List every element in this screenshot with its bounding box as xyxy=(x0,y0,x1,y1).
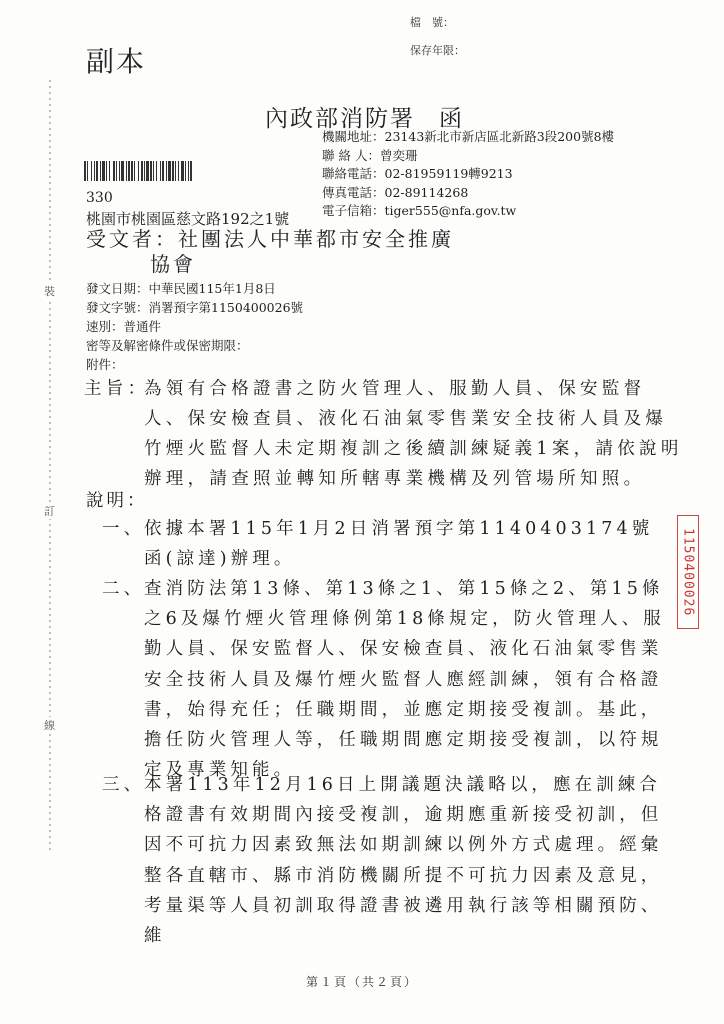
explanation-label: 說明： xyxy=(86,487,148,512)
explanation-item-2: 二、 查消防法第13條、第13條之1、第15條之2、第15條之6及爆竹煙火管理條… xyxy=(102,574,672,785)
item-text: 查消防法第13條、第13條之1、第15條之2、第15條之6及爆竹煙火管理條例第1… xyxy=(102,574,672,785)
number-value: 消署預字第1150400026號 xyxy=(149,300,304,315)
date-value: 中華民國115年1月8日 xyxy=(149,281,276,296)
contact-row: 聯 絡 人：曾奕珊 xyxy=(322,147,614,166)
page-footer: 第１頁（共２頁） xyxy=(306,973,418,990)
document-meta: 發文日期：中華民國115年1月8日 發文字號：消署預字第1150400026號 … xyxy=(86,279,303,374)
item-number: 二、 xyxy=(102,574,145,604)
fax-value: 02-89114268 xyxy=(385,185,469,200)
file-number-label: 檔 號： xyxy=(410,14,454,30)
contact-label: 聯 絡 人： xyxy=(322,148,380,163)
agency-info: 機關地址：23143新北市新店區北新路3段200號8樓 聯 絡 人：曾奕珊 聯絡… xyxy=(322,128,614,221)
recipient-zip: 330 xyxy=(86,190,113,206)
subject-text: 為領有合格證書之防火管理人、服勤人員、保安監督人、保安檢查員、液化石油氣零售業安… xyxy=(84,374,684,494)
speed-label: 速別： xyxy=(86,319,124,334)
contact-value: 曾奕珊 xyxy=(380,148,418,163)
item-text: 本署113年12月16日上開議題決議略以，應在訓練合格證書有效期間內接受複訓，逾… xyxy=(102,770,672,951)
item-number: 一、 xyxy=(102,514,145,544)
recipient-address: 桃園市桃園區慈文路192之1號 xyxy=(86,208,289,229)
binding-mark-zhuang: 裝 xyxy=(44,283,55,299)
barcode xyxy=(84,161,314,181)
fax-row: 傳真電話：02-89114268 xyxy=(322,184,614,203)
phone-row: 聯絡電話：02-81959119轉9213 xyxy=(322,165,614,184)
number-label: 發文字號： xyxy=(86,300,149,315)
address-label: 機關地址： xyxy=(322,129,385,144)
retention-label: 保存年限： xyxy=(410,42,465,58)
subject: 主旨： 為領有合格證書之防火管理人、服勤人員、保安監督人、保安檢查員、液化石油氣… xyxy=(84,374,684,494)
explanation-item-1: 一、 依據本署115年1月2日消署預字第1140403174號函(諒達)辦理。 xyxy=(102,514,672,574)
binding-line xyxy=(49,80,51,850)
recipient: 受文者：社團法人中華都市安全推廣 協會 xyxy=(86,227,454,277)
speed-value: 普通件 xyxy=(124,319,162,334)
copy-mark: 副本 xyxy=(86,40,146,80)
document-number-stamp: 1150400026 xyxy=(677,515,699,629)
email-row: 電子信箱：tiger555@nfa.gov.tw xyxy=(322,202,614,221)
email-value: tiger555@nfa.gov.tw xyxy=(385,203,517,218)
recipient-label: 受文者： xyxy=(86,227,178,251)
subject-label: 主旨： xyxy=(84,374,149,404)
attachment-row: 附件： xyxy=(86,355,303,374)
item-text: 依據本署115年1月2日消署預字第1140403174號函(諒達)辦理。 xyxy=(102,514,672,574)
binding-mark-ding: 訂 xyxy=(44,503,55,519)
date-row: 發文日期：中華民國115年1月8日 xyxy=(86,279,303,298)
phone-label: 聯絡電話： xyxy=(322,166,385,181)
recipient-name: 社團法人中華都市安全推廣 xyxy=(178,227,454,251)
fax-label: 傳真電話： xyxy=(322,185,385,200)
secrecy-row: 密等及解密條件或保密期限： xyxy=(86,336,303,355)
agency-address-row: 機關地址：23143新北市新店區北新路3段200號8樓 xyxy=(322,128,614,147)
explanation-item-3: 三、 本署113年12月16日上開議題決議略以，應在訓練合格證書有效期間內接受複… xyxy=(102,770,672,951)
address-value: 23143新北市新店區北新路3段200號8樓 xyxy=(385,129,615,144)
number-row: 發文字號：消署預字第1150400026號 xyxy=(86,298,303,317)
date-label: 發文日期： xyxy=(86,281,149,296)
item-number: 三、 xyxy=(102,770,145,800)
speed-row: 速別：普通件 xyxy=(86,317,303,336)
recipient-name-cont: 協會 xyxy=(86,252,454,277)
email-label: 電子信箱： xyxy=(322,203,385,218)
phone-value: 02-81959119轉9213 xyxy=(385,166,513,181)
binding-mark-xian: 線 xyxy=(44,717,55,733)
